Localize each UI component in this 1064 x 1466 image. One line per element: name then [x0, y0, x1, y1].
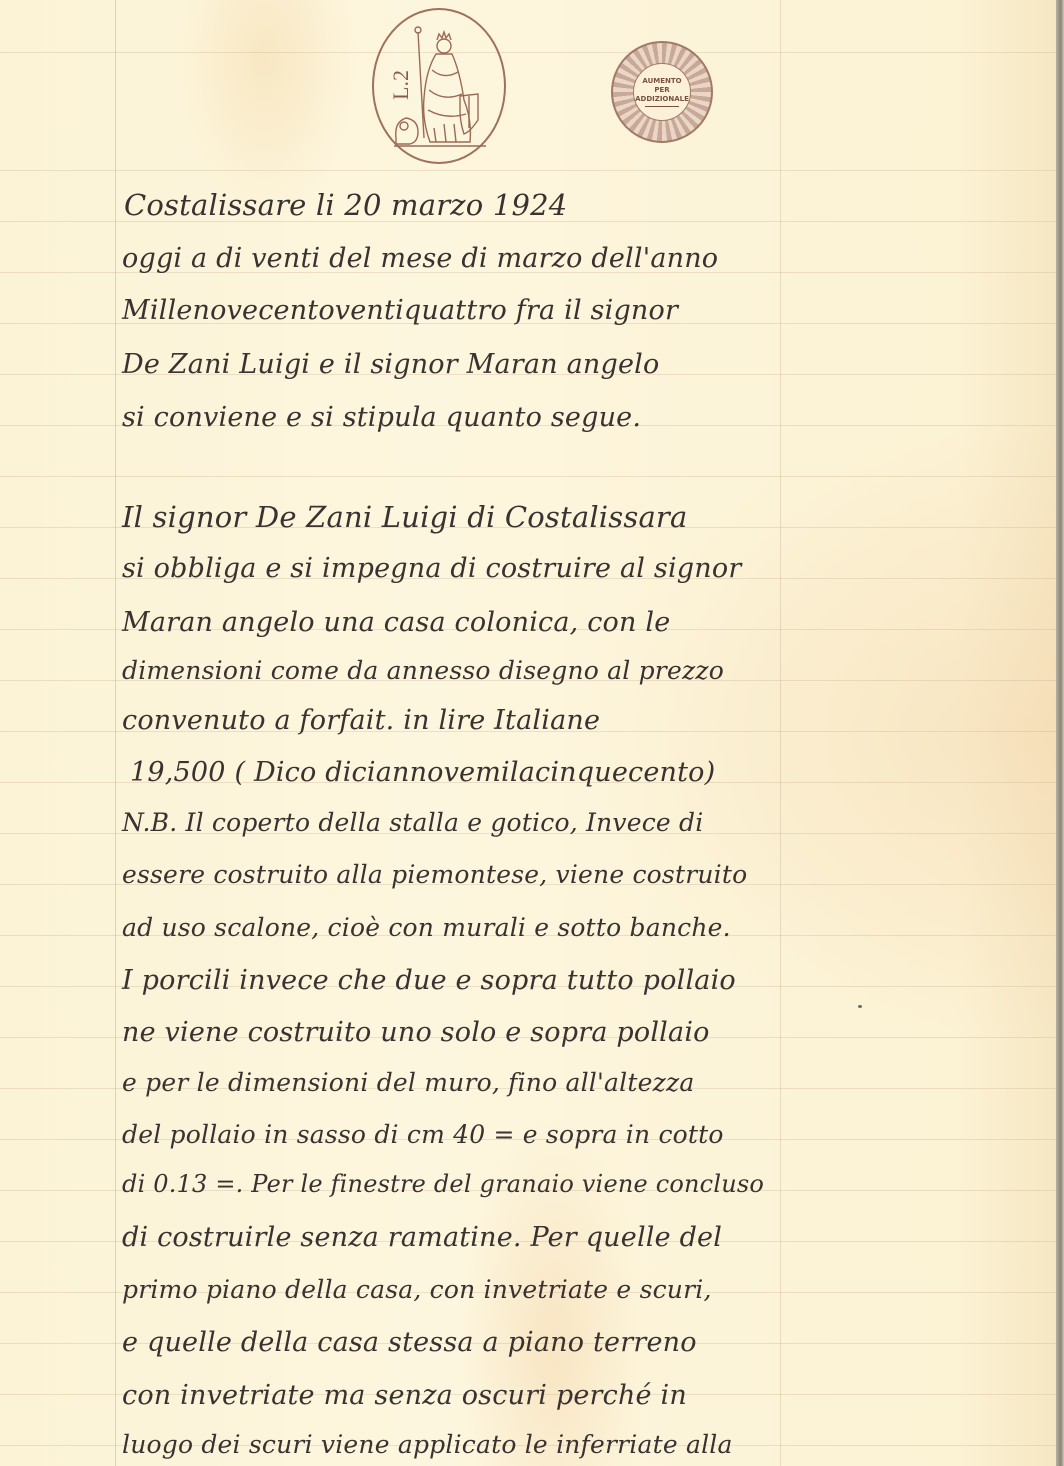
body-line: si obbliga e si impegna di costruire al …: [122, 553, 741, 584]
body-line: di 0.13 =. Per le finestre del granaio v…: [122, 1170, 764, 1198]
preamble-line: De Zani Luigi e il signor Maran angelo: [122, 349, 659, 380]
aumento-per-addizionale-stamp: AUMENTO PER ADDIZIONALE: [611, 41, 713, 143]
body-line: del pollaio in sasso di cm 40 = e sopra …: [122, 1120, 724, 1149]
preamble-line: oggi a di venti del mese di marzo dell'a…: [122, 243, 718, 274]
stamp-text-line2: PER: [654, 86, 669, 95]
page-edge-shadow: [1056, 0, 1064, 1466]
body-line: ne viene costruito uno solo e sopra poll…: [122, 1017, 710, 1048]
body-line: e quelle della casa stessa a piano terre…: [122, 1327, 697, 1358]
body-line: di costruirle senza ramatine. Per quelle…: [122, 1222, 722, 1253]
body-line: I porcili invece che due e sopra tutto p…: [122, 965, 736, 996]
stamp-text-line3: ADDIZIONALE: [635, 95, 689, 104]
preamble-line: Millenovecentoventiquattro fra il signor: [122, 295, 678, 326]
nb-line: N.B. Il coperto della stalla e gotico, I…: [122, 808, 703, 837]
ink-speck: [858, 1005, 862, 1008]
right-margin-line: [780, 0, 781, 1466]
stamp-text-line1: AUMENTO: [642, 77, 681, 86]
preamble-line: si conviene e si stipula quanto segue.: [122, 402, 641, 433]
body-line: Maran angelo una casa colonica, con le: [122, 607, 670, 638]
body-line: e per le dimensioni del muro, fino all'a…: [122, 1068, 694, 1097]
body-line: luogo dei scuri viene applicato le infer…: [122, 1430, 733, 1459]
body-line: essere costruito alla piemontese, viene …: [122, 860, 747, 889]
body-line: ad uso scalone, cioè con murali e sotto …: [122, 913, 731, 942]
body-line: Il signor De Zani Luigi di Costalissara: [122, 500, 687, 534]
place-date-line: Costalissare li 20 marzo 1924: [124, 188, 567, 222]
ruled-line: [0, 52, 1058, 53]
stamp-divider: [645, 106, 679, 107]
ruled-line: [0, 170, 1058, 171]
revenue-seal: L.2: [372, 8, 506, 164]
body-line: dimensioni come da annesso disegno al pr…: [122, 656, 724, 685]
seal-value-label: L.2: [388, 70, 414, 100]
stamp-center: AUMENTO PER ADDIZIONALE: [633, 63, 691, 121]
body-line: convenuto a forfait. in lire Italiane: [122, 705, 600, 736]
ruled-line: [0, 476, 1058, 477]
left-margin-line: [115, 0, 116, 1466]
price-line: 19,500 ( Dico diciannovemilacinquecento): [130, 757, 715, 788]
body-line: con invetriate ma senza oscuri perché in: [122, 1380, 687, 1411]
body-line: primo piano della casa, con invetriate e…: [122, 1275, 712, 1304]
